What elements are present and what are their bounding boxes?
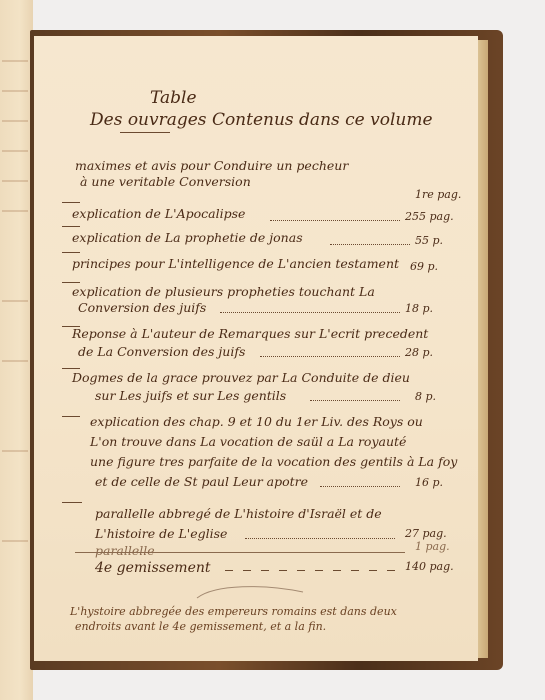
facing-page <box>0 0 33 700</box>
toc-entry-line: Dogmes de la grace prouvez par La Condui… <box>72 370 410 385</box>
toc-entry-line: L'histoire de L'eglise <box>95 526 227 541</box>
page-number: 18 p. <box>405 302 433 315</box>
flourish-ornament <box>195 582 305 602</box>
page-number: 140 pag. <box>405 560 454 573</box>
toc-entry-line: une figure tres parfaite de la vocation … <box>90 454 457 469</box>
footnote-line: endroits avant le 4e gemissement, et a l… <box>75 620 326 633</box>
toc-entry-line: principes pour L'intelligence de L'ancie… <box>72 256 399 271</box>
page-subtitle: Des ouvrages Contenus dans ce volume <box>90 110 433 130</box>
page-title: Table <box>150 88 197 108</box>
toc-entry-line: Conversion des juifs <box>78 300 206 315</box>
toc-entry-line: explication des chap. 9 et 10 du 1er Liv… <box>90 414 423 429</box>
page-number: 69 p. <box>410 260 438 273</box>
toc-entry-line: 4e gemissement <box>95 560 211 576</box>
toc-entry-line: explication de La prophetie de jonas <box>72 230 303 245</box>
page-number: 1re pag. <box>415 188 461 201</box>
toc-entry-line: maximes et avis pour Conduire un pecheur <box>75 158 348 173</box>
page-number: 255 pag. <box>405 210 454 223</box>
toc-entry-line: de La Conversion des juifs <box>78 344 245 359</box>
page-number: 16 p. <box>415 476 443 489</box>
page-number: 27 pag. <box>405 527 447 540</box>
toc-entry-line: explication de L'Apocalipse <box>72 206 245 221</box>
page-number: 1 pag. <box>415 540 450 553</box>
page-number: 55 p. <box>415 234 443 247</box>
struck-entry: parallelle <box>95 543 155 558</box>
toc-entry-line: et de celle de St paul Leur apotre <box>95 474 308 489</box>
toc-entry-line: parallelle abbregé de L'histoire d'Israë… <box>95 506 382 521</box>
toc-entry-line: Reponse à L'auteur de Remarques sur L'ec… <box>72 326 428 341</box>
page-number: 28 p. <box>405 346 433 359</box>
page-number: 8 p. <box>415 390 436 403</box>
toc-entry-line: à une veritable Conversion <box>80 174 251 189</box>
toc-entry-line: sur Les juifs et sur Les gentils <box>95 388 286 403</box>
toc-entry-line: explication de plusieurs propheties touc… <box>72 284 375 299</box>
toc-entry-line: L'on trouve dans La vocation de saül a L… <box>90 434 406 449</box>
footnote-line: L'hystoire abbregée des empereurs romain… <box>70 605 397 618</box>
